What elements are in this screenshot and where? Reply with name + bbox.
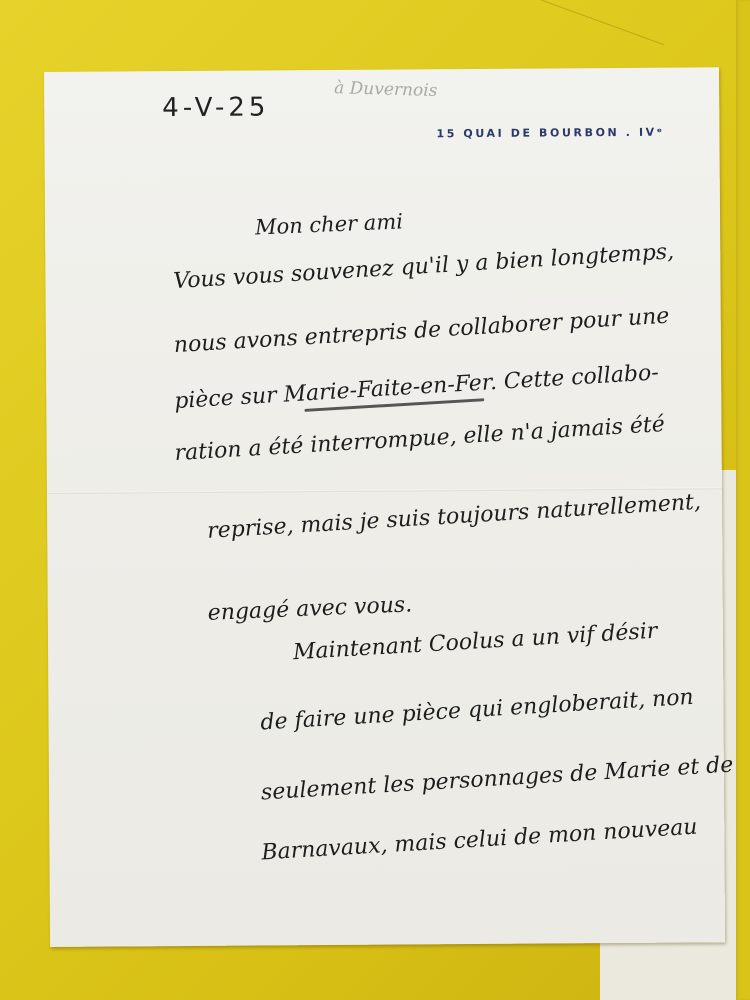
paper-crease: [476, 0, 664, 45]
letter-line: Vous vous souvenez qu'il y a bien longte…: [173, 239, 675, 294]
letterhead-address: 15 QUAI DE BOURBON . IVᵉ: [436, 126, 664, 141]
salutation: Mon cher ami: [255, 209, 404, 239]
background-edge: [736, 0, 750, 1000]
letter-line: pièce sur Marie-Faite-en-Fer. Cette coll…: [174, 360, 660, 414]
letter-line: de faire une pièce qui engloberait, non: [260, 685, 694, 736]
pencil-annotation: à Duvernois: [334, 78, 438, 101]
letter-line: seulement les personnages de Marie et de: [260, 752, 734, 805]
paper-fold: [47, 487, 722, 494]
handwritten-letter: 4-V-25 à Duvernois 15 QUAI DE BOURBON . …: [44, 67, 725, 947]
letter-date: 4-V-25: [162, 92, 269, 123]
letter-line: nous avons entrepris de collaborer pour …: [173, 304, 670, 358]
letter-line: reprise, mais je suis toujours naturelle…: [206, 490, 701, 544]
letter-line: engagé avec vous.: [207, 592, 412, 626]
letter-line: ration a été interrompue, elle n'a jamai…: [174, 412, 666, 466]
letter-line: Barnavaux, mais celui de mon nouveau: [261, 815, 698, 866]
letter-line: Maintenant Coolus a un vif désir: [292, 619, 658, 666]
